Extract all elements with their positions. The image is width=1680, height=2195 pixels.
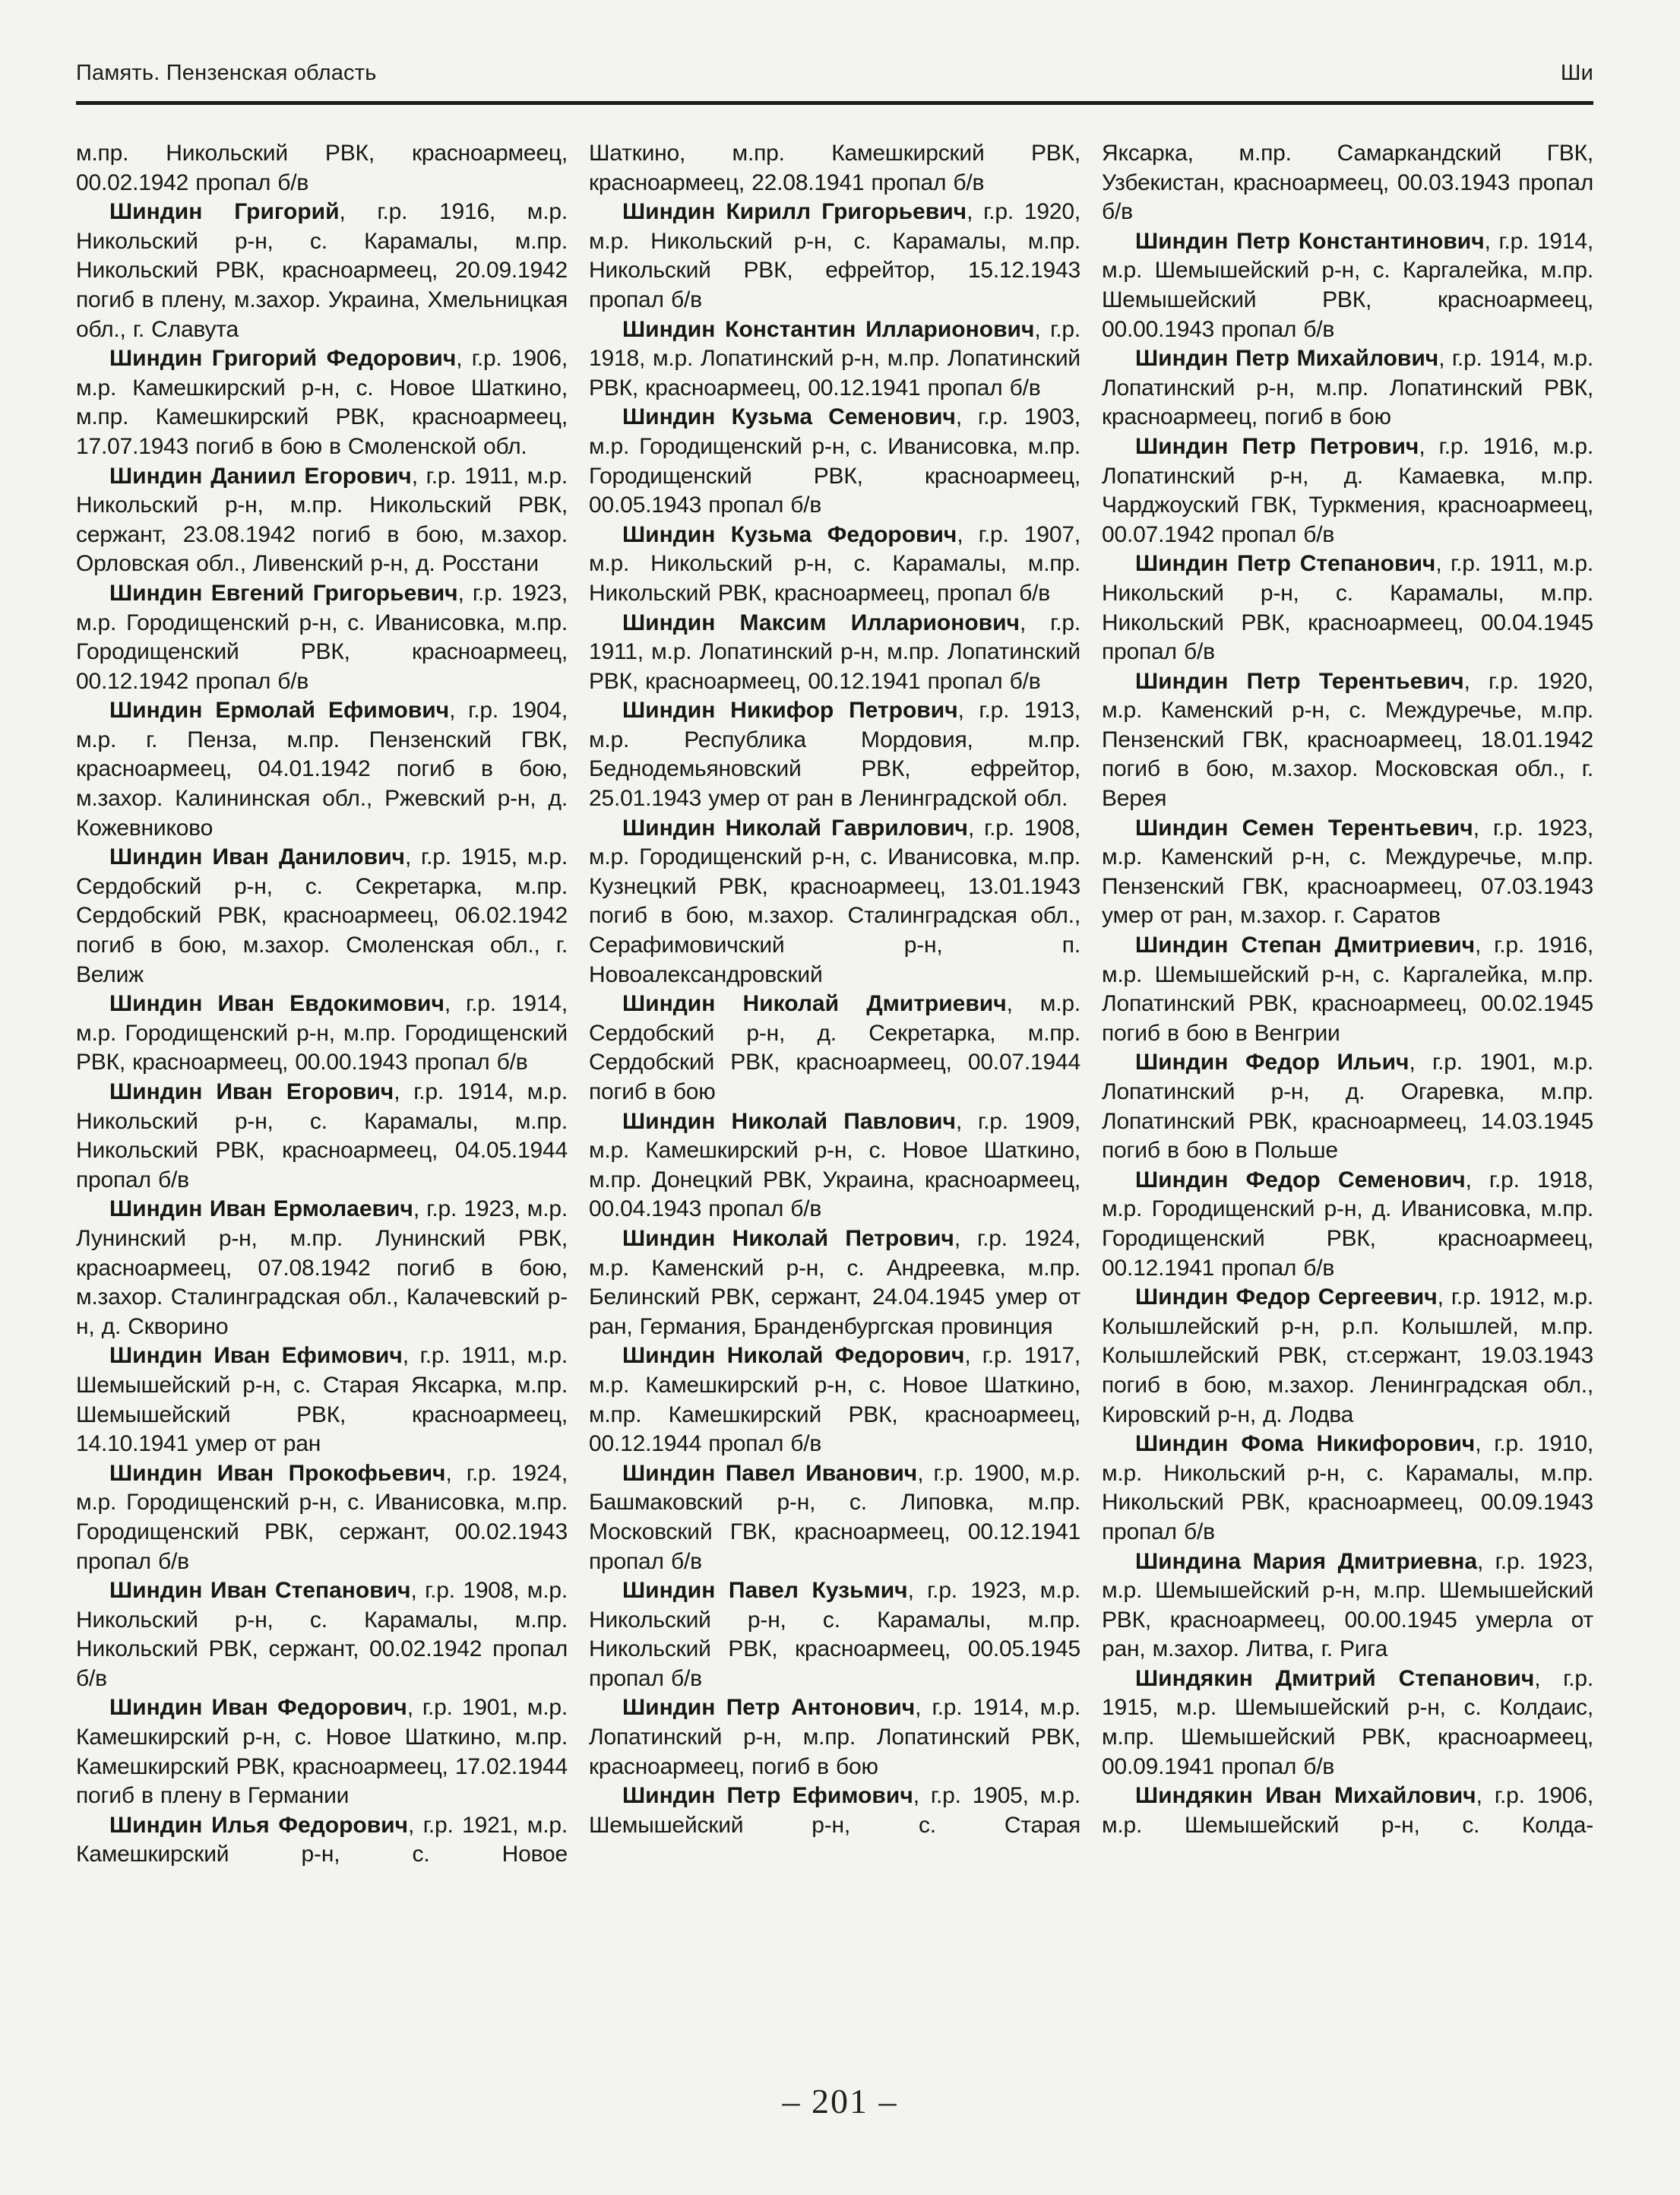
entry: Шиндин Фома Никифорович, г.р. 1910, м.р.… xyxy=(1102,1430,1593,1547)
entry: Шиндякин Иван Михайлович, г.р. 1906, м.р… xyxy=(1102,1782,1593,1840)
entry-name: Шиндин Илья Федорович xyxy=(109,1813,408,1838)
entry: Шиндин Петр Ефимович, г.р. 1905, м.р. Ше… xyxy=(589,1782,1080,1840)
entry-name: Шиндин Петр Терентьевич xyxy=(1135,669,1464,694)
entry-name: Шиндин Николай Федорович xyxy=(622,1343,964,1368)
entry-name: Шиндин Федор Сергеевич xyxy=(1135,1284,1438,1310)
entry-name: Шиндин Петр Михайлович xyxy=(1135,346,1438,371)
entry: Шиндин Евгений Григорьевич, г.р. 1923, м… xyxy=(76,579,568,696)
entry: Шиндин Кузьма Федорович, г.р. 1907, м.р.… xyxy=(589,521,1080,609)
entry: Шиндин Петр Михайлович, г.р. 1914, м.р. … xyxy=(1102,344,1593,432)
entry: Шиндин Кирилл Григорьевич, г.р. 1920, м.… xyxy=(589,198,1080,315)
entry: Шиндин Даниил Егорович, г.р. 1911, м.р. … xyxy=(76,462,568,579)
entry-name: Шиндин Степан Дмитриевич xyxy=(1135,933,1475,958)
entry-name: Шиндин Иван Егорович xyxy=(109,1079,394,1104)
entry: Шиндин Николай Дмитриевич, м.р. Сердобск… xyxy=(589,990,1080,1107)
entry: Шиндин Николай Павлович, г.р. 1909, м.р.… xyxy=(589,1107,1080,1224)
entry: Шиндин Петр Степанович, г.р. 1911, м.р. … xyxy=(1102,550,1593,667)
entry-name: Шиндин Константин Илларионович xyxy=(622,317,1034,342)
entry: Шиндин Илья Федорович, г.р. 1921, м.р. К… xyxy=(76,1811,568,1870)
entry: Шиндин Павел Кузьмич, г.р. 1923, м.р. Ни… xyxy=(589,1576,1080,1693)
entry-name: Шиндин Ермолай Ефимович xyxy=(109,698,449,723)
book-page: Память. Пензенская область Ши м.пр. Нико… xyxy=(0,0,1680,2195)
entry-continuation: Яксарка, м.пр. Самаркандский ГВК, Узбеки… xyxy=(1102,139,1593,227)
entry: Шиндин Григорий Федорович, г.р. 1906, м.… xyxy=(76,344,568,461)
entry-name: Шиндин Кирилл Григорьевич xyxy=(622,199,967,224)
entry: Шиндин Кузьма Семенович, г.р. 1903, м.р.… xyxy=(589,403,1080,520)
entry-name: Шиндина Мария Дмитриевна xyxy=(1135,1549,1477,1574)
entry: Шиндин Петр Константинович, г.р. 1914, м… xyxy=(1102,227,1593,344)
entry: Шиндин Семен Терентьевич, г.р. 1923, м.р… xyxy=(1102,814,1593,931)
entry: Шиндин Павел Иванович, г.р. 1900, м.р. Б… xyxy=(589,1459,1080,1576)
entry-name: Шиндякин Дмитрий Степанович xyxy=(1135,1666,1534,1691)
entry-name: Шиндин Петр Ефимович xyxy=(622,1783,913,1808)
entry-name: Шиндин Николай Дмитриевич xyxy=(622,991,1007,1016)
entry-name: Шиндин Иван Ефимович xyxy=(109,1343,403,1368)
entry-name: Шиндин Федор Ильич xyxy=(1135,1050,1409,1075)
book-title: Память. Пензенская область xyxy=(76,61,377,86)
entry: Шиндин Ермолай Ефимович, г.р. 1904, м.р.… xyxy=(76,696,568,843)
entry-name: Шиндин Федор Семенович xyxy=(1135,1167,1466,1193)
entry: Шиндин Иван Евдокимович, г.р. 1914, м.р.… xyxy=(76,990,568,1078)
entry-name: Шиндин Петр Степанович xyxy=(1135,551,1435,576)
entry-name: Шиндин Николай Павлович xyxy=(622,1109,956,1134)
entry-name: Шиндин Кузьма Федорович xyxy=(622,522,957,547)
text-column-2: Шаткино, м.пр. Камешкирский РВК, красноа… xyxy=(589,139,1080,1870)
entry: Шиндин Иван Федорович, г.р. 1901, м.р. К… xyxy=(76,1693,568,1810)
entry: Шиндин Иван Степанович, г.р. 1908, м.р. … xyxy=(76,1576,568,1693)
entry-name: Шиндин Семен Терентьевич xyxy=(1135,816,1473,841)
entry-name: Шиндин Григорий Федорович xyxy=(109,346,456,371)
entry-name: Шиндин Иван Евдокимович xyxy=(109,991,445,1016)
entry-name: Шиндин Иван Ермолаевич xyxy=(109,1196,413,1221)
entry-name: Шиндин Евгений Григорьевич xyxy=(109,581,458,606)
entry-name: Шиндин Максим Илларионович xyxy=(622,610,1020,635)
section-letter: Ши xyxy=(1561,61,1593,86)
entry: Шиндин Иван Ефимович, г.р. 1911, м.р. Ше… xyxy=(76,1341,568,1459)
entry-name: Шиндин Павел Иванович xyxy=(622,1461,917,1486)
entry: Шиндин Николай Петрович, г.р. 1924, м.р.… xyxy=(589,1224,1080,1341)
entry: Шиндин Федор Ильич, г.р. 1901, м.р. Лопа… xyxy=(1102,1048,1593,1165)
entry: Шиндин Степан Дмитриевич, г.р. 1916, м.р… xyxy=(1102,931,1593,1048)
entry-name: Шиндин Даниил Егорович xyxy=(109,464,412,489)
entry-name: Шиндин Григорий xyxy=(109,199,340,224)
entry-name: Шиндин Иван Прокофьевич xyxy=(109,1461,445,1486)
entry: Шиндин Максим Илларионович, г.р. 1911, м… xyxy=(589,609,1080,697)
entry-name: Шиндин Николай Петрович xyxy=(622,1226,954,1251)
entry: Шиндин Иван Данилович, г.р. 1915, м.р. С… xyxy=(76,843,568,990)
entry: Шиндин Петр Терентьевич, г.р. 1920, м.р.… xyxy=(1102,667,1593,814)
entry: Шиндин Николай Гаврилович, г.р. 1908, м.… xyxy=(589,814,1080,990)
entry-name: Шиндин Фома Никифорович xyxy=(1135,1431,1475,1456)
entry-name: Шиндин Иван Степанович xyxy=(109,1578,411,1603)
entry-name: Шиндин Петр Константинович xyxy=(1135,229,1485,254)
entry-name: Шиндин Петр Антонович xyxy=(622,1695,915,1720)
entry-name: Шиндин Петр Петрович xyxy=(1135,434,1419,459)
entry-name: Шиндин Никифор Петрович xyxy=(622,698,958,723)
entry-name: Шиндин Кузьма Семенович xyxy=(622,404,956,429)
text-columns: м.пр. Никольский РВК, красноармеец, 00.0… xyxy=(76,139,1593,1870)
entry-name: Шиндин Иван Данилович xyxy=(109,844,405,869)
entry: Шиндин Николай Федорович, г.р. 1917, м.р… xyxy=(589,1341,1080,1459)
entry: Шиндин Федор Сергеевич, г.р. 1912, м.р. … xyxy=(1102,1283,1593,1430)
entry: Шиндин Никифор Петрович, г.р. 1913, м.р.… xyxy=(589,696,1080,813)
running-header: Память. Пензенская область Ши xyxy=(76,61,1593,86)
entry-name: Шиндякин Иван Михайлович xyxy=(1135,1783,1476,1808)
entry-continuation: Шаткино, м.пр. Камешкирский РВК, красноа… xyxy=(589,139,1080,198)
entry: Шиндякин Дмитрий Степанович, г.р. 1915, … xyxy=(1102,1664,1593,1782)
entry: Шиндин Иван Егорович, г.р. 1914, м.р. Ни… xyxy=(76,1078,568,1195)
entry: Шиндин Иван Прокофьевич, г.р. 1924, м.р.… xyxy=(76,1459,568,1576)
entry: Шиндин Иван Ермолаевич, г.р. 1923, м.р. … xyxy=(76,1195,568,1341)
entry-name: Шиндин Николай Гаврилович xyxy=(622,816,968,841)
header-rule xyxy=(76,101,1593,105)
entry: Шиндин Федор Семенович, г.р. 1918, м.р. … xyxy=(1102,1166,1593,1283)
entry-name: Шиндин Иван Федорович xyxy=(109,1695,407,1720)
entry-name: Шиндин Павел Кузьмич xyxy=(622,1578,908,1603)
entry: Шиндина Мария Дмитриевна, г.р. 1923, м.р… xyxy=(1102,1547,1593,1664)
entry-continuation: м.пр. Никольский РВК, красноармеец, 00.0… xyxy=(76,139,568,198)
page-number: – 201 – xyxy=(0,2081,1680,2121)
text-column-3: Яксарка, м.пр. Самаркандский ГВК, Узбеки… xyxy=(1102,139,1593,1870)
entry: Шиндин Григорий, г.р. 1916, м.р. Никольс… xyxy=(76,198,568,344)
entry: Шиндин Константин Илларионович, г.р. 191… xyxy=(589,315,1080,404)
entry: Шиндин Петр Петрович, г.р. 1916, м.р. Ло… xyxy=(1102,432,1593,550)
text-column-1: м.пр. Никольский РВК, красноармеец, 00.0… xyxy=(76,139,568,1870)
entry: Шиндин Петр Антонович, г.р. 1914, м.р. Л… xyxy=(589,1693,1080,1782)
